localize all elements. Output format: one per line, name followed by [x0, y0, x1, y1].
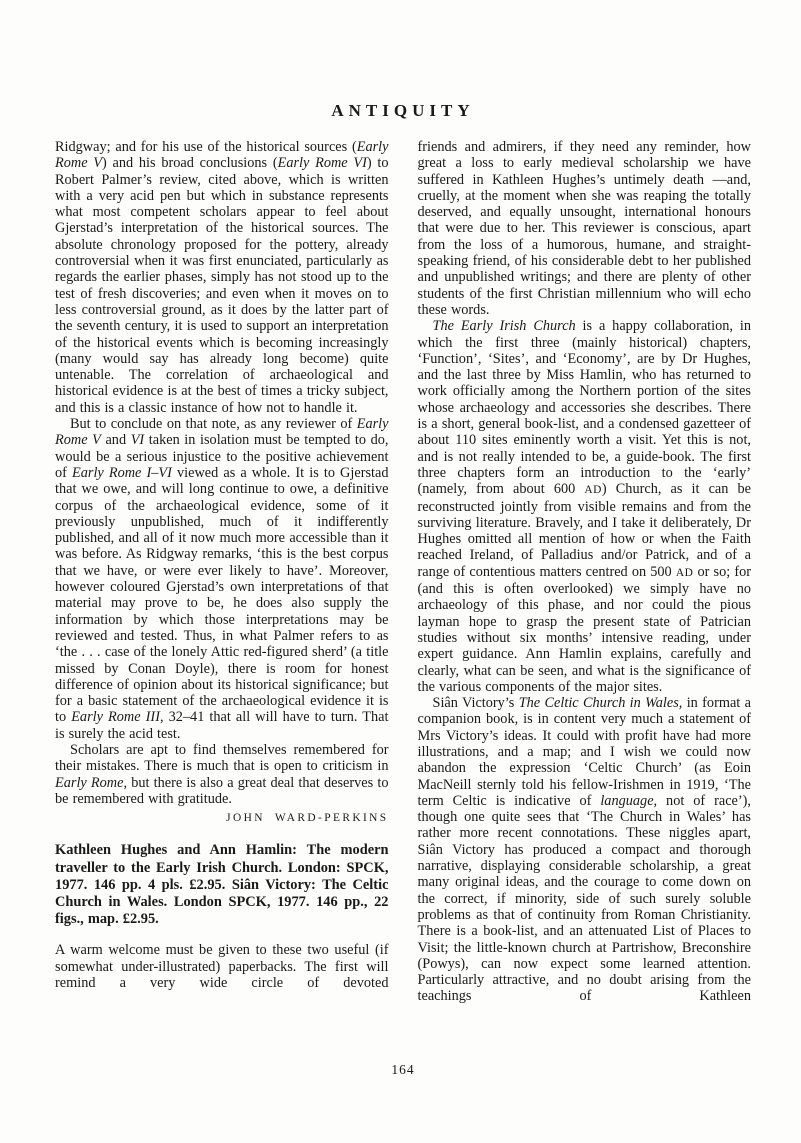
paragraph: Siân Victory’s The Celtic Church in Wale… — [418, 695, 752, 1005]
text-segment: Siân Victory’s — [433, 695, 519, 711]
text-segment: Early Rome, — [55, 775, 127, 791]
text-segment: The Early Irish Church — [433, 318, 576, 334]
review-heading: Kathleen Hughes and Ann Hamlin: The mode… — [55, 842, 389, 928]
text-segment: VI — [131, 432, 145, 448]
paragraph: But to conclude on that note, as any rev… — [55, 416, 389, 742]
text-segment: AD — [584, 484, 602, 496]
paragraph: Scholars are apt to find themselves reme… — [55, 742, 389, 807]
text-segment: is a happy collaboration, in which the f… — [418, 318, 752, 497]
text-segment: But to conclude on that note, as any rev… — [70, 416, 357, 432]
text-columns: Ridgway; and for his use of the historic… — [55, 139, 751, 1005]
text-segment: A warm welcome must be given to these tw… — [55, 942, 389, 991]
paragraph: Ridgway; and for his use of the historic… — [55, 139, 389, 416]
text-segment: ) and his broad conclusions ( — [102, 155, 278, 171]
text-segment: friends and admirers, if they need any r… — [418, 139, 752, 318]
text-segment: AD — [676, 567, 694, 579]
page-number: 164 — [55, 1062, 751, 1078]
reviewer-byline: JOHN WARD-PERKINS — [55, 810, 389, 826]
text-segment: viewed as a whole. It is to Gjerstad tha… — [55, 465, 389, 725]
text-segment: The Celtic Church in Wales, — [519, 695, 683, 711]
journal-title: ANTIQUITY — [55, 101, 751, 121]
text-segment: and — [101, 432, 131, 448]
left-column: Ridgway; and for his use of the historic… — [55, 139, 389, 1005]
paragraph: The Early Irish Church is a happy collab… — [418, 318, 752, 695]
text-segment: or so; for (and this is often overlooked… — [418, 564, 752, 695]
text-segment: Kathleen Hughes and Ann Hamlin: The mode… — [55, 842, 389, 927]
text-segment: Early Rome VI — [278, 155, 367, 171]
text-segment: Ridgway; and for his use of the historic… — [55, 139, 357, 155]
text-segment: ) to Robert Palmer’s review, cited above… — [55, 155, 389, 415]
text-segment: Scholars are apt to find themselves reme… — [55, 742, 389, 774]
text-segment: Early Rome III — [71, 709, 160, 725]
paragraph: A warm welcome must be given to these tw… — [55, 942, 389, 991]
paragraph: friends and admirers, if they need any r… — [418, 139, 752, 318]
right-column: friends and admirers, if they need any r… — [418, 139, 752, 1005]
text-segment: Early Rome I–VI — [72, 465, 172, 481]
journal-page: ANTIQUITY Ridgway; and for his use of th… — [0, 0, 801, 1143]
text-segment: in format a companion book, is in conten… — [418, 695, 752, 809]
text-segment: , not of race’), though one quite sees t… — [418, 793, 752, 1005]
text-segment: language — [600, 793, 653, 809]
